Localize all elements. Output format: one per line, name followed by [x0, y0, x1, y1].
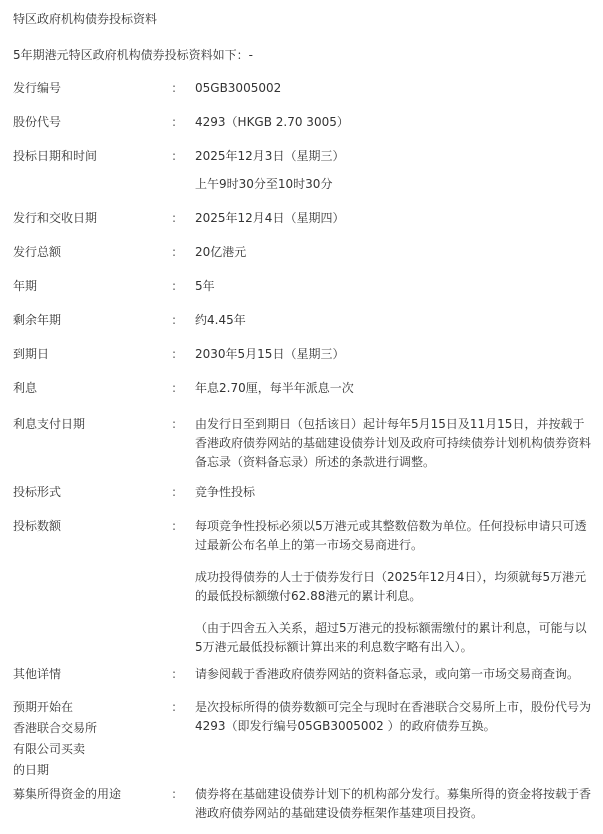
field-value: 每项竞争性投标必须以5万港元或其整数倍数为单位。任何投标申请只可透过最新公布名单… — [195, 517, 593, 657]
field-label: 发行总额 — [13, 242, 163, 263]
colon-separator: : — [172, 112, 176, 133]
field-value: 债券将在基础建设债券计划下的机构部分发行。募集所得的资金将按载于香港政府债券网站… — [195, 785, 593, 823]
colon-separator: : — [172, 414, 176, 435]
colon-separator: : — [172, 146, 176, 167]
label-line: 预期开始在 — [13, 697, 163, 718]
field-value: 是次投标所得的债券数额可完全与现时在香港联合交易所上市，股份代号为4293（即发… — [195, 698, 593, 736]
field-label: 投标形式 — [13, 482, 163, 503]
accrued-interest-text: 成功投得债券的人士于债券发行日（2025年12月4日），均须就每5万港元的最低投… — [195, 568, 593, 606]
field-value: 05GB3005002 — [195, 78, 593, 99]
field-value: 2030年5月15日（星期三） — [195, 344, 593, 365]
colon-separator: : — [172, 482, 176, 503]
colon-separator: : — [172, 516, 176, 537]
field-value: 年息2.70厘，每半年派息一次 — [195, 378, 593, 399]
tender-date: 2025年12月3日（星期三） — [195, 146, 593, 167]
colon-separator: : — [172, 208, 176, 229]
field-value: 约4.45年 — [195, 310, 593, 331]
field-value: 由发行日至到期日（包括该日）起计每年5月15日及11月15日，并按载于香港政府债… — [195, 415, 593, 472]
field-label: 股份代号 — [13, 112, 163, 133]
field-label: 发行和交收日期 — [13, 208, 163, 229]
field-label: 剩余年期 — [13, 310, 163, 331]
field-value: 4293（HKGB 2.70 3005） — [195, 112, 593, 133]
field-value: 2025年12月3日（星期三） 上午9时30分至10时30分 — [195, 146, 593, 195]
field-label: 到期日 — [13, 344, 163, 365]
field-value: 请参阅载于香港政府债券网站的资料备忘录，或向第一市场交易商查询。 — [195, 664, 593, 685]
colon-separator: : — [172, 344, 176, 365]
tender-unit-text: 每项竞争性投标必须以5万港元或其整数倍数为单位。任何投标申请只可透过最新公布名单… — [195, 517, 593, 555]
field-value: 5年 — [195, 276, 593, 297]
field-label: 利息 — [13, 378, 163, 399]
field-label: 发行编号 — [13, 78, 163, 99]
colon-separator: : — [172, 664, 176, 685]
field-label: 投标数额 — [13, 516, 163, 537]
label-line: 有限公司买卖 — [13, 739, 163, 760]
colon-separator: : — [172, 378, 176, 399]
colon-separator: : — [172, 78, 176, 99]
field-value: 20亿港元 — [195, 242, 593, 263]
field-label: 其他详情 — [13, 664, 163, 685]
label-line: 香港联合交易所 — [13, 718, 163, 739]
colon-separator: : — [172, 242, 176, 263]
field-label: 投标日期和时间 — [13, 146, 163, 167]
field-value: 竞争性投标 — [195, 482, 593, 503]
field-label: 年期 — [13, 276, 163, 297]
field-label: 利息支付日期 — [13, 414, 163, 435]
field-value: 2025年12月4日（星期四） — [195, 208, 593, 229]
rounding-note-text: （由于四舍五入关系，超过5万港元的投标额需缴付的累计利息，可能与以5万港元最低投… — [195, 619, 593, 657]
tender-time: 上午9时30分至10时30分 — [195, 174, 593, 195]
intro-text: 5年期港元特区政府机构债券投标资料如下：- — [13, 46, 253, 64]
field-label: 募集所得资金的用途 — [13, 784, 163, 805]
colon-separator: : — [172, 697, 176, 718]
colon-separator: : — [172, 784, 176, 805]
field-label: 预期开始在 香港联合交易所 有限公司买卖 的日期 — [13, 697, 163, 781]
label-line: 的日期 — [13, 760, 163, 781]
colon-separator: : — [172, 276, 176, 297]
page-title: 特区政府机构债券投标资料 — [13, 10, 157, 28]
colon-separator: : — [172, 310, 176, 331]
